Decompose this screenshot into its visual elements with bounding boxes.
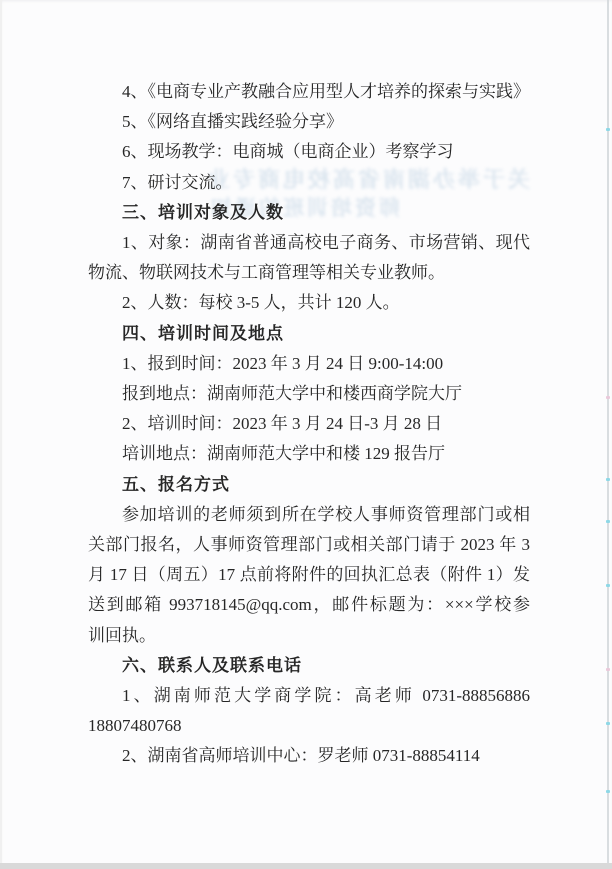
registration-place: 报到地点：湖南师范大学中和楼西商学院大厅 [88,379,530,409]
training-time: 2、培训时间：2023 年 3 月 24 日-3 月 28 日 [88,409,530,439]
signup-paragraph-line-2: 关部门报名，人事师资管理部门或相关部门请于 2023 年 3 [88,530,530,560]
contact-2: 2、湖南省高师培训中心：罗老师 0731-88854114 [88,741,530,771]
section-heading-schedule: 四、培训时间及地点 [88,319,530,349]
signup-paragraph-line-1: 参加培训的老师须到所在学校人事师资管理部门或相 [88,500,530,530]
training-place: 培训地点：湖南师范大学中和楼 129 报告厅 [88,439,530,469]
headcount-line: 2、人数：每校 3-5 人，共计 120 人。 [88,288,530,318]
scan-tick-icon [606,790,610,793]
signup-paragraph-line-3: 月 17 日（周五）17 点前将附件的回执汇总表（附件 1）发 [88,560,530,590]
section-heading-contacts: 六、联系人及联系电话 [88,651,530,681]
registration-time: 1、报到时间：2023 年 3 月 24 日 9:00-14:00 [88,349,530,379]
agenda-item-5: 5、《网络直播实践经验分享》 [88,107,530,137]
scan-bottom-edge [0,863,612,869]
signup-paragraph-line-5: 训回执。 [88,621,530,651]
scanned-document-page: 关于举办湖南省高校电商专业 师资培训班的通知 4、《电商专业产教融合应用型人才培… [0,0,612,869]
agenda-item-6: 6、现场教学：电商城（电商企业）考察学习 [88,137,530,167]
section-heading-targets: 三、培训对象及人数 [88,198,530,228]
contact-1: 1、湖南师范大学商学院：高老师 0731-88856886 [88,681,530,711]
document-body: 4、《电商专业产教融合应用型人才培养的探索与实践》 5、《网络直播实践经验分享》… [0,0,612,772]
target-audience-line-2: 物流、物联网技术与工商管理等相关专业教师。 [88,258,530,288]
agenda-item-7: 7、研讨交流。 [88,168,530,198]
signup-paragraph-line-4: 送到邮箱 993718145@qq.com，邮件标题为：×××学校参 [88,590,530,620]
target-audience-line-1: 1、对象：湖南省普通高校电子商务、市场营销、现代 [88,228,530,258]
agenda-item-4: 4、《电商专业产教融合应用型人才培养的探索与实践》 [88,77,530,107]
section-heading-signup: 五、报名方式 [88,470,530,500]
contact-1-phone: 18807480768 [88,711,530,741]
